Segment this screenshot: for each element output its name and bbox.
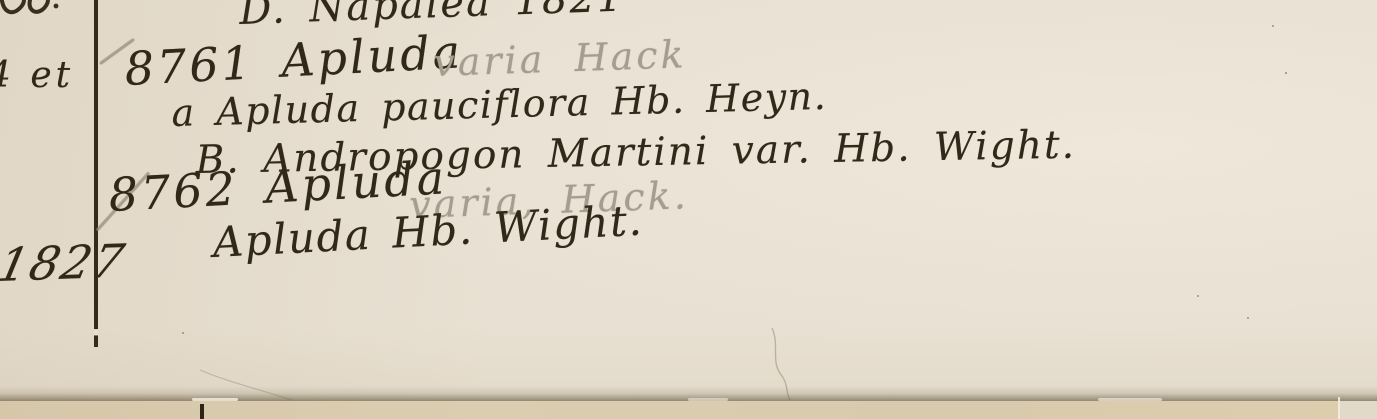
pencil-annotation-8761: varia Hack bbox=[433, 35, 687, 82]
edge-highlight-3 bbox=[1098, 398, 1162, 401]
paper-speck bbox=[1285, 72, 1287, 74]
paper-speck bbox=[1272, 25, 1274, 27]
margin-year: 1827 bbox=[0, 238, 130, 288]
entry-8761-line: 8761 Apluda bbox=[124, 28, 465, 92]
manuscript-page: 4 et 1827 D. Napalea 1821 8761 Apluda va… bbox=[0, 0, 1377, 419]
edge-highlight-2 bbox=[688, 398, 728, 401]
paper-speck bbox=[1247, 317, 1249, 319]
margin-rule-line bbox=[94, 0, 98, 347]
paper-speck bbox=[182, 332, 184, 334]
paper-speck bbox=[1197, 295, 1199, 297]
bottom-right-corner-patch bbox=[1340, 401, 1377, 419]
edge-highlight-1 bbox=[192, 398, 238, 401]
margin-note: 4 et bbox=[0, 58, 74, 94]
lower-page-rule-fragment bbox=[200, 404, 204, 419]
corner-ink-fragment bbox=[0, 0, 70, 24]
lower-page-strip bbox=[0, 401, 1377, 419]
